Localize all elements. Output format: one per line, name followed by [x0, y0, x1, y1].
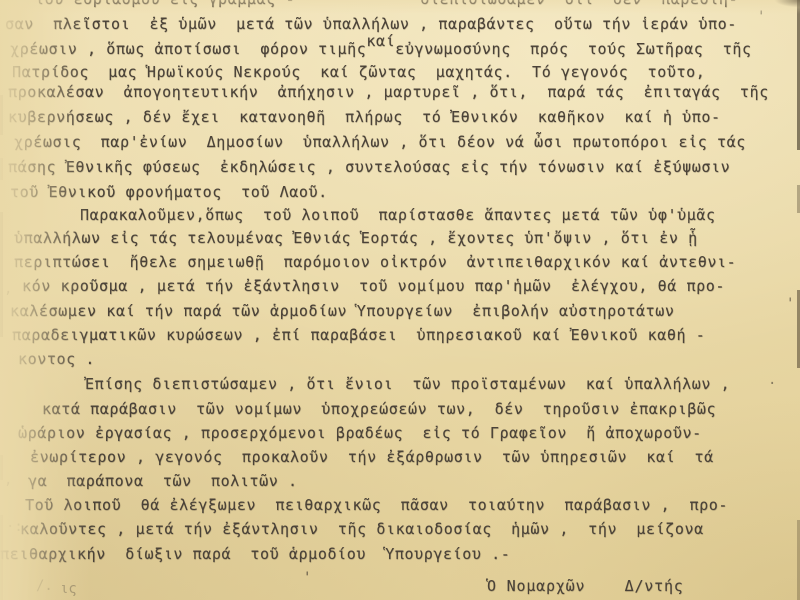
text-line: πειθαρχικήν δίωξιν παρά τοῦ ἁρμοδίου Ὑπο…	[0, 545, 510, 563]
text-line: κυβερνήσεως , δέν ἔχει κατανοηθῆ πλήρως …	[8, 108, 721, 126]
ink-mark: '	[757, 9, 765, 25]
text-line: Ἐπίσης διεπιστώσαμεν , ὅτι ἔνιοι τῶν προ…	[85, 375, 730, 393]
text-line: χρέωσιν , ὅπως ἀποτίσωσι φόρον τιμῆςκαίε…	[10, 40, 752, 58]
ink-mark: ·:	[6, 519, 23, 535]
text-line: κόν κροῦσμα , μετά τήν ἐξάντλησιν τοῦ νο…	[22, 277, 725, 295]
text-line: καλοῦντες , μετά τήν ἐξάντλησιν τῆς δικα…	[20, 520, 704, 538]
text-line: Τοῦ λοιποῦ θά ἐλέγξωμεν πειθαρχικῶς πᾶσα…	[25, 496, 728, 514]
text-line: ὑπαλλήλων εἰς τάς τελουμένας Ἐθνιάς Ἑορτ…	[14, 229, 698, 247]
ink-mark: ,	[4, 472, 12, 488]
text-line: τοῦ Ἐθνικοῦ φρονήματος τοῦ Λαοῦ.	[10, 183, 328, 201]
ink-mark: ις	[60, 581, 77, 597]
text-line: κατά παράβασιν τῶν νομίμων ὑποχρεώσεών τ…	[42, 400, 716, 418]
ink-mark: '	[786, 296, 794, 312]
text-line: Πατρίδος μας Ἡρωϊκούς Νεκρούς καί ζῶντας…	[12, 63, 705, 81]
text-line: πάσης Ἐθνικῆς φύσεως ἐκδηλώσεις , συντελ…	[8, 158, 730, 176]
inserted-word-above-line: καί	[366, 32, 395, 50]
text-line: γα παράπονα τῶν πολιτῶν .	[28, 472, 298, 490]
text-line: ἐνωρίτερον , γεγονός προκαλοῦν τήν ἐξάρθ…	[30, 448, 714, 466]
text-line: περιπτώσει ἤθελε σημειωθῇ παρόμοιον οἰκτ…	[14, 253, 736, 271]
text-line: ὡράριον ἐργασίας , προσερχόμενοι βραδέως…	[18, 424, 702, 442]
text-line: καλέσωμεν καί τήν παρά τῶν ἁρμοδίων Ὑπου…	[10, 302, 675, 320]
signature-line: Ὁ Νομαρχῶν Δ/ντής	[487, 577, 684, 595]
scanned-document-page: τοῦ ἑορτασμοῦ εἰς γραμμάς - διεπιστώσαμε…	[0, 0, 800, 600]
ink-mark: '	[303, 570, 311, 586]
text-line: τοῦ ἑορτασμοῦ εἰς γραμμάς - διεπιστώσαμε…	[35, 0, 738, 8]
text-line: παραδειγματικῶν κυρώσεων , ἐπί παραβάσει…	[12, 326, 705, 344]
text-line: χρέωσις παρ'ἐνίων Δημοσίων ὑπαλλήλων , ὅ…	[14, 133, 746, 151]
text-line: κοντος .	[18, 350, 95, 368]
document-body: τοῦ ἑορτασμοῦ εἰς γραμμάς - διεπιστώσαμε…	[0, 0, 800, 600]
text-line: προκαλέσαν ἀπογοητευτικήν ἀπήχησιν , μαρ…	[8, 83, 769, 101]
text-line: σαν πλεῖστοι ἐξ ὑμῶν μετά τῶν ὑπαλλήλων …	[5, 15, 737, 33]
ink-mark: ,	[4, 281, 12, 297]
text-line: Παρακαλοῦμεν,ὅπως τοῦ λοιποῦ παρίστασθε …	[80, 206, 716, 224]
ink-mark: /.	[36, 578, 53, 594]
ink-mark: .	[768, 372, 776, 388]
